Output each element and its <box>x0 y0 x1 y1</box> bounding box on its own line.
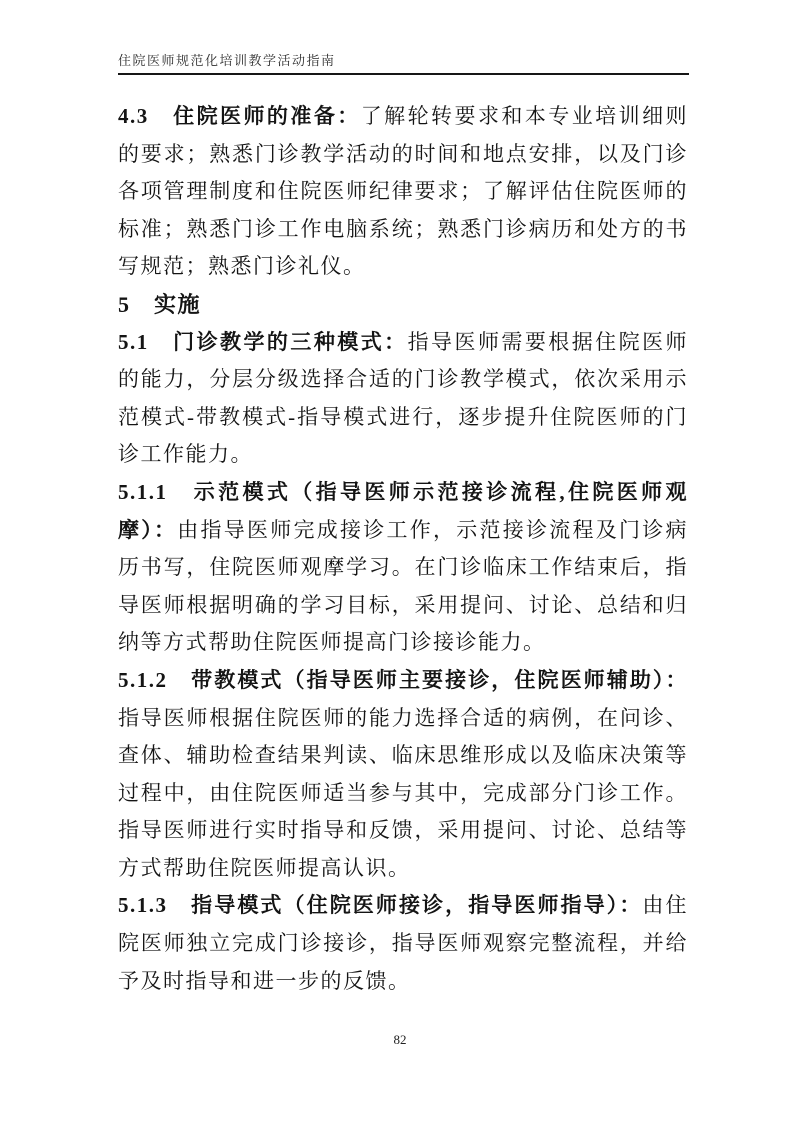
paragraph-5-1-2-text: 指导医师根据住院医师的能力选择合适的病例，在问诊、查体、辅助检查结果判读、临床思… <box>118 706 688 880</box>
paragraph-5-1-3: 5.1.3 指导模式（住院医师接诊，指导医师指导）：由住院医师独立完成门诊接诊，… <box>118 887 688 1000</box>
running-header-title: 住院医师规范化培训教学活动指南 <box>118 50 688 69</box>
paragraph-5-1: 5.1 门诊教学的三种模式：指导医师需要根据住院医师的能力，分层分级选择合适的门… <box>118 324 688 474</box>
document-body: 4.3 住院医师的准备：了解轮转要求和本专业培训细则的要求；熟悉门诊教学活动的时… <box>118 98 688 1000</box>
paragraph-5-1-2-lead: 5.1.2 带教模式（指导医师主要接诊，住院医师辅助）： <box>118 668 688 692</box>
section-heading-5: 5 实施 <box>118 286 688 324</box>
paragraph-4-3: 4.3 住院医师的准备：了解轮转要求和本专业培训细则的要求；熟悉门诊教学活动的时… <box>118 98 688 286</box>
page-number: 82 <box>0 1032 800 1048</box>
document-page: 住院医师规范化培训教学活动指南 4.3 住院医师的准备：了解轮转要求和本专业培训… <box>0 0 800 1131</box>
paragraph-5-1-lead: 5.1 门诊教学的三种模式： <box>118 330 408 354</box>
header-rule-divider <box>118 73 689 75</box>
paragraph-5-1-3-lead: 5.1.3 指导模式（住院医师接诊，指导医师指导）： <box>118 893 642 917</box>
paragraph-4-3-text: 了解轮转要求和本专业培训细则的要求；熟悉门诊教学活动的时间和地点安排，以及门诊各… <box>118 104 688 278</box>
paragraph-5-1-1: 5.1.1 示范模式（指导医师示范接诊流程,住院医师观摩）：由指导医师完成接诊工… <box>118 474 688 662</box>
paragraph-5-1-2: 5.1.2 带教模式（指导医师主要接诊，住院医师辅助）：指导医师根据住院医师的能… <box>118 662 688 888</box>
paragraph-4-3-lead: 4.3 住院医师的准备： <box>118 104 361 128</box>
paragraph-5-1-1-text: 由指导医师完成接诊工作，示范接诊流程及门诊病历书写，住院医师观摩学习。在门诊临床… <box>118 518 688 655</box>
